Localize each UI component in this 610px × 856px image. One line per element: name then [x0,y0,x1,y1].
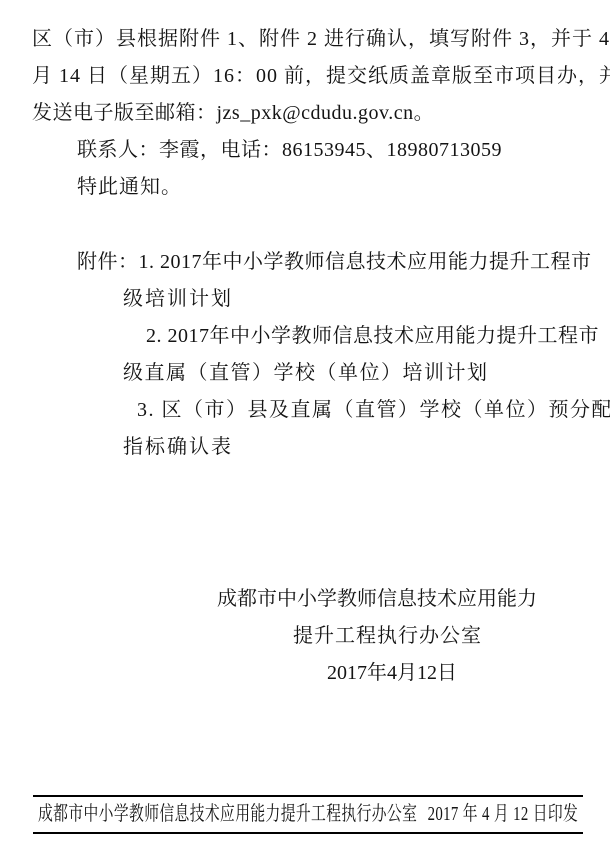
email-line-suffix: 。 [414,102,435,124]
document-page: 区（市）县根据附件 1、附件 2 进行确认，填写附件 3，并于 4 月 14 日… [0,0,610,856]
closing-notice-line: 特此通知。 [77,175,182,199]
attachment-3-line-1: 3. 区（市）县及直属（直管）学校（单位）预分配 [137,398,610,422]
body-paragraph-line-2: 月 14 日（星期五）16：00 前，提交纸质盖章版至市项目办，并 [32,64,610,88]
footer-issuer: 成都市中小学教师信息技术应用能力提升工程执行办公室 [38,803,417,825]
body-paragraph-line-3: 发送电子版至邮箱：jzs_pxk@cdudu.gov.cn。 [32,101,434,125]
footer-imprint-line: 成都市中小学教师信息技术应用能力提升工程执行办公室2017 年 4 月 12 日… [38,802,578,826]
signature-org-line-1: 成都市中小学教师信息技术应用能力 [217,587,537,611]
footer-top-rule [33,795,583,797]
signature-date: 2017年4月12日 [327,661,457,685]
attachment-2-line-1: 2. 2017年中小学教师信息技术应用能力提升工程市 [146,324,599,348]
attachment-1-line-1: 附件：1. 2017年中小学教师信息技术应用能力提升工程市 [77,250,592,274]
email-address: jzs_pxk@cdudu.gov.cn [217,102,414,124]
email-line-prefix: 发送电子版至邮箱： [32,102,217,124]
attachment-1-line-2: 级培训计划 [123,287,233,311]
footer-print-date: 2017 年 4 月 12 日印发 [428,803,579,825]
attachment-2-line-2: 级直属（直管）学校（单位）培训计划 [123,361,489,385]
signature-org-line-2: 提升工程执行办公室 [293,624,482,648]
footer-bottom-rule [33,832,583,834]
contact-line: 联系人：李霞，电话：86153945、18980713059 [77,138,502,162]
attachment-3-line-2: 指标确认表 [123,435,233,459]
body-paragraph-line-1: 区（市）县根据附件 1、附件 2 进行确认，填写附件 3，并于 4 [32,27,610,51]
